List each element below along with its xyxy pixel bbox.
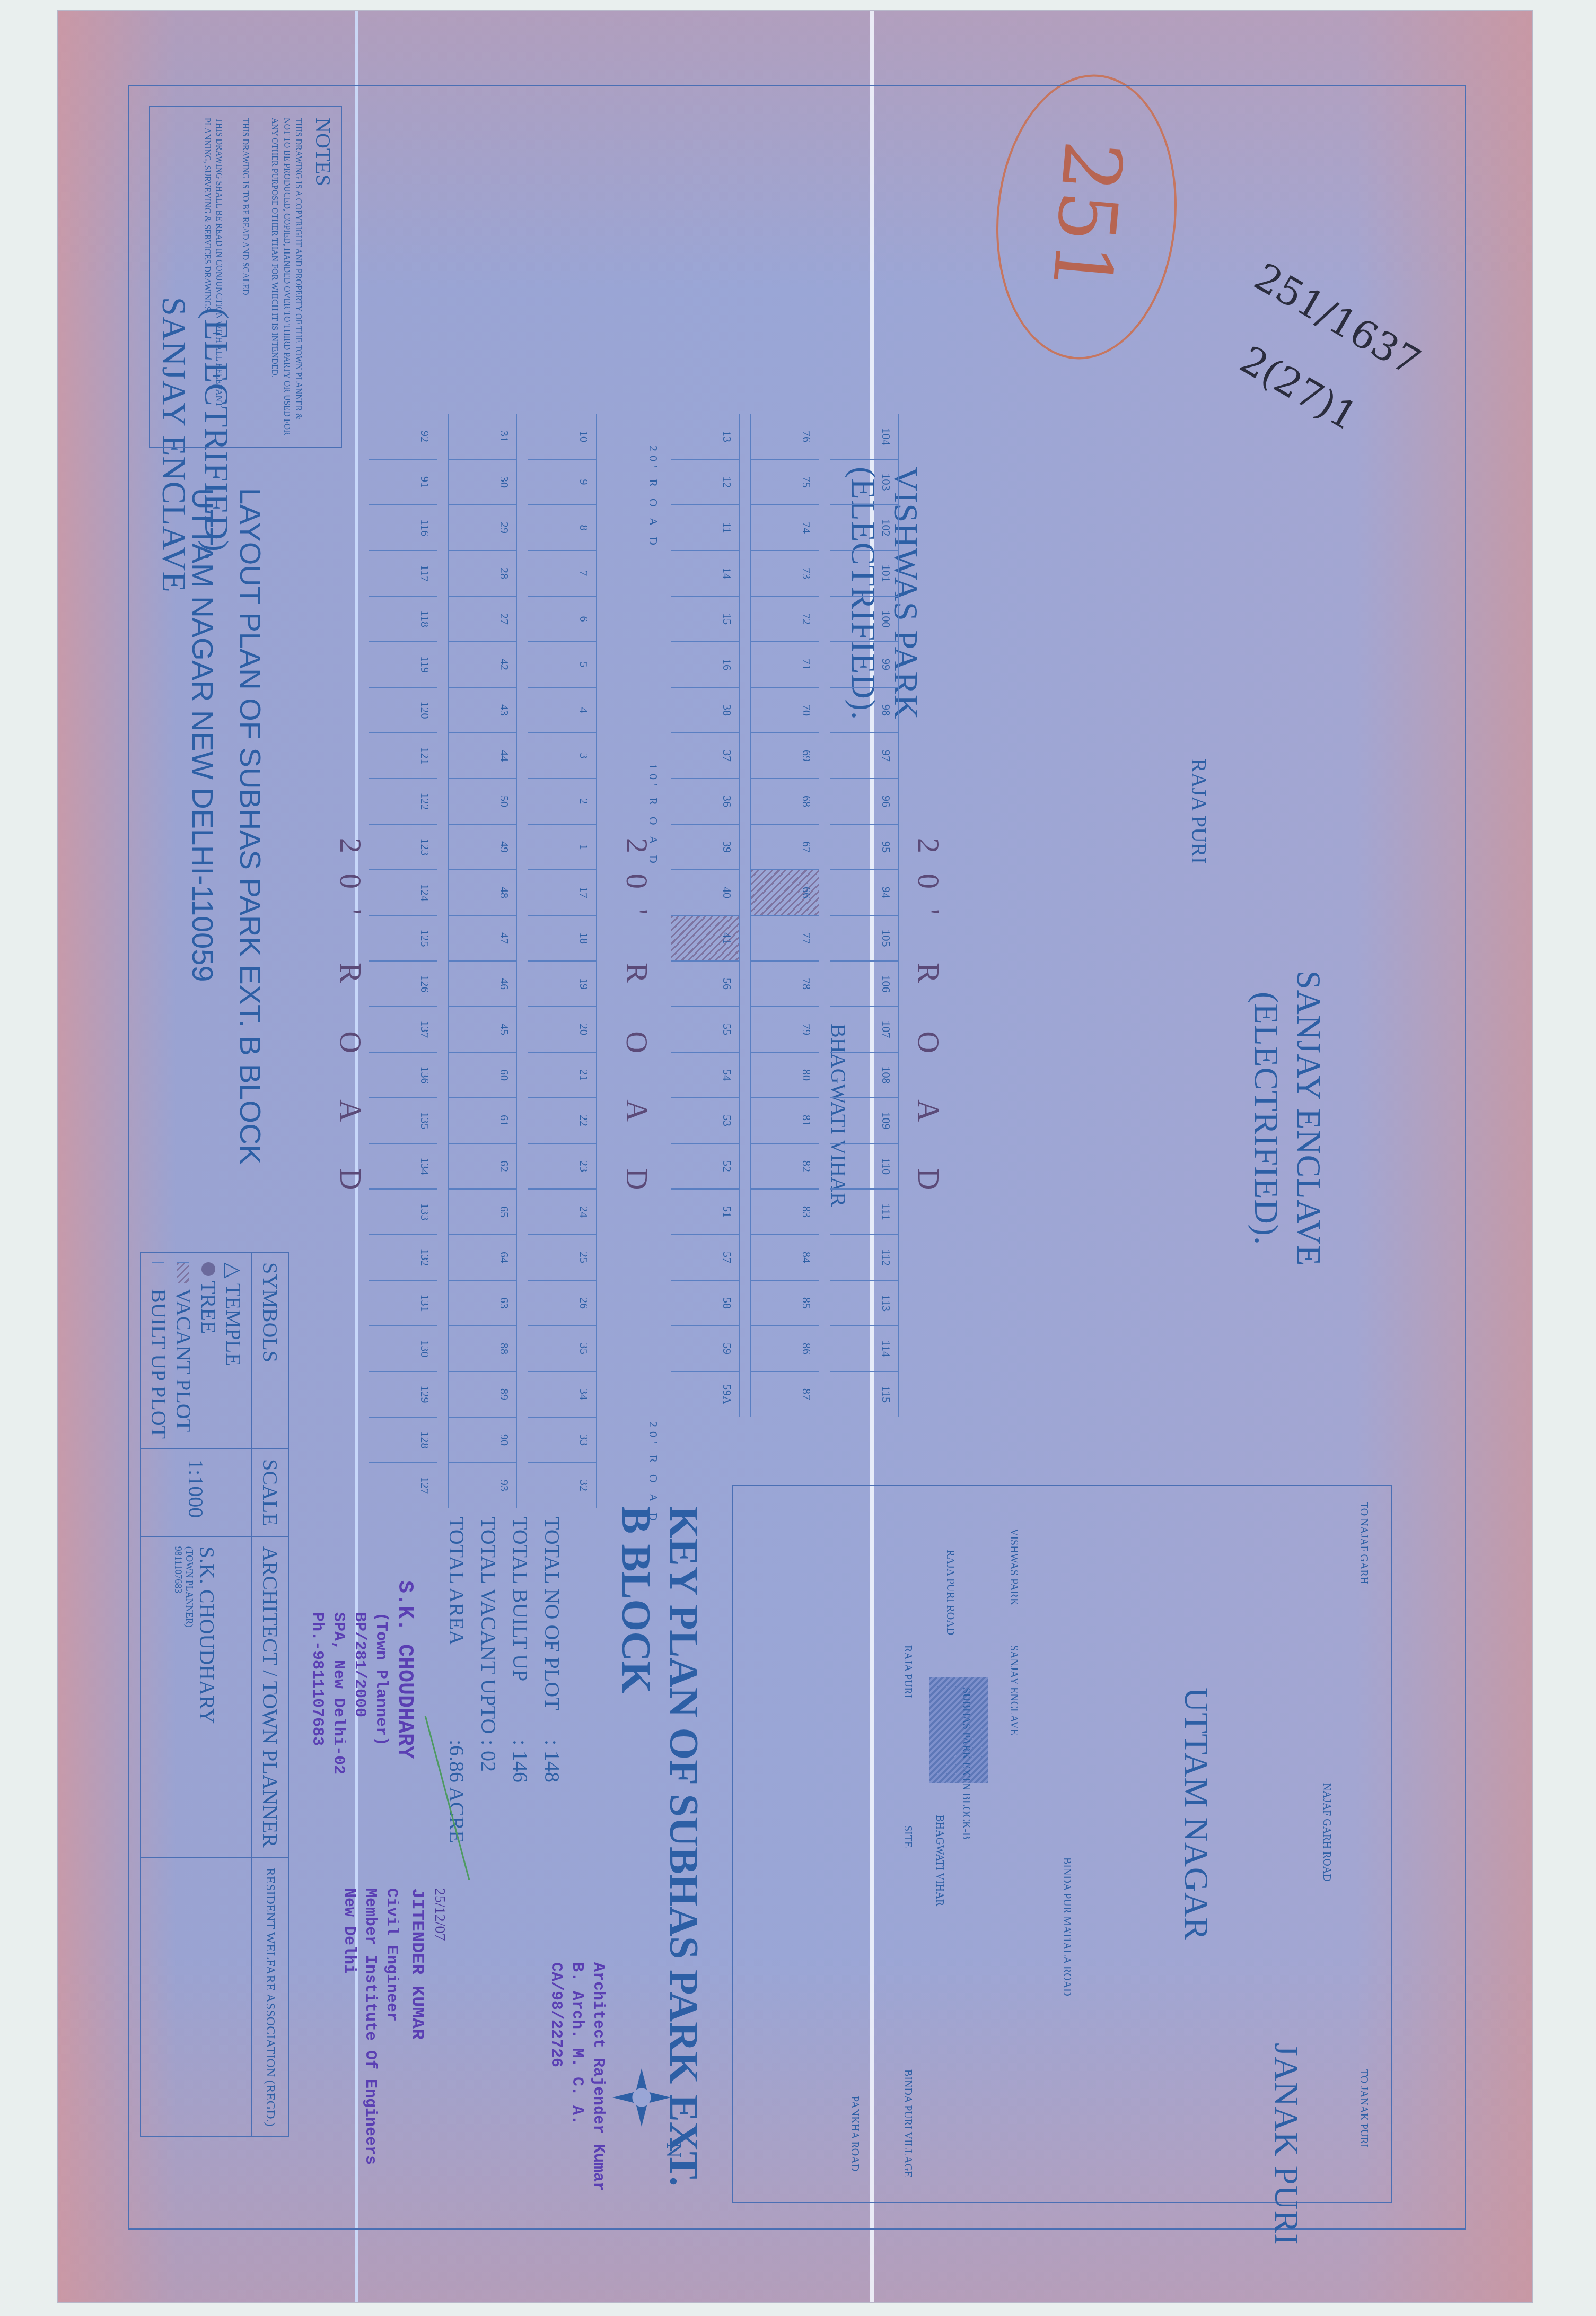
plot: 8: [528, 505, 597, 550]
plot: 93: [448, 1463, 517, 1508]
plot: 24: [528, 1189, 597, 1235]
plot: 85: [750, 1280, 819, 1326]
plot-row-bottom-1: 10 9 8 7 6 5 4 3 2 1 17 18 19 20 21 22 2…: [528, 414, 597, 1508]
plot: 5: [528, 642, 597, 687]
plot: 116: [369, 505, 437, 550]
main-road-label-3: 20' R O A D: [333, 838, 369, 1210]
plot: 106: [830, 961, 899, 1007]
summary-area-label: TOTAL AREA: [444, 1517, 469, 1645]
stamp-architect-degree: B. Arch. M. C. A.: [568, 1962, 586, 2125]
empty-box-icon: [152, 1262, 164, 1283]
vacant-plot: 66: [750, 870, 819, 915]
plot-row-top-2: 76 75 74 73 72 71 70 69 68 67 66 77 78 7…: [750, 414, 819, 1417]
legend-vacant: VACANT PLOT: [171, 1262, 196, 1439]
plot: 28: [448, 550, 517, 596]
key-label: BINDA PUR MATIALA ROAD: [1060, 1857, 1073, 1996]
plot: 60: [448, 1052, 517, 1098]
plot: 126: [369, 961, 437, 1007]
plot: 100: [830, 596, 899, 642]
plot: 7: [528, 550, 597, 596]
plot: 76: [750, 414, 819, 459]
plot: 117: [369, 550, 437, 596]
temple-icon: △: [222, 1262, 245, 1283]
plot: 112: [830, 1235, 899, 1280]
plot: 74: [750, 505, 819, 550]
key-plan-subtitle: B BLOCK: [612, 1506, 660, 1693]
plot: 55: [671, 1007, 740, 1052]
plot: 62: [448, 1143, 517, 1189]
main-road-label-1: 20' R O A D: [619, 838, 655, 1210]
plot: 39: [671, 824, 740, 870]
architect-heading: ARCHITECT / TOWN PLANNER: [252, 1536, 288, 1858]
plot: 19: [528, 961, 597, 1007]
summary-area: :6.86 ACRE: [444, 1740, 469, 1843]
plot: 38: [671, 687, 740, 733]
stamp-town-planner-spa: SPA, New Delhi-02: [329, 1612, 347, 1775]
plot: 77: [750, 915, 819, 961]
plot: 14: [671, 550, 740, 596]
road-label-10: 10' R O A D: [646, 764, 660, 868]
plot: 92: [369, 414, 437, 459]
plot: 119: [369, 642, 437, 687]
plot: 98: [830, 687, 899, 733]
plot: 135: [369, 1098, 437, 1143]
plot: 23: [528, 1143, 597, 1189]
plot: 65: [448, 1189, 517, 1235]
plot: 59: [671, 1326, 740, 1371]
legend-label: TEMPLE: [222, 1283, 245, 1366]
plot: 35: [528, 1326, 597, 1371]
label-north-sanjay-enclave: SANJAY ENCLAVE: [1289, 971, 1328, 1266]
plot: 51: [671, 1189, 740, 1235]
plot: 113: [830, 1280, 899, 1326]
legend-items: △ TEMPLE TREE VACANT PLOT BUILT UP PLOT: [141, 1252, 252, 1449]
plot: 30: [448, 459, 517, 505]
plot: 86: [750, 1326, 819, 1371]
key-label: NAJAF GARH ROAD: [1320, 1783, 1332, 1882]
plot: 48: [448, 870, 517, 915]
plot: 47: [448, 915, 517, 961]
plot: 91: [369, 459, 437, 505]
plot: 59A: [671, 1371, 740, 1417]
plot: 13: [671, 414, 740, 459]
summary-vacant: : 02: [476, 1740, 501, 1772]
plot: 54: [671, 1052, 740, 1098]
plot: 127: [369, 1463, 437, 1508]
summary-built-up-label: TOTAL BUILT UP: [508, 1517, 533, 1681]
plot: 115: [830, 1371, 899, 1417]
plot: 81: [750, 1098, 819, 1143]
plot: 108: [830, 1052, 899, 1098]
summary-built-up: : 146: [508, 1740, 533, 1782]
plot: 120: [369, 687, 437, 733]
plot-row-top-1: 13 12 11 14 15 16 38 37 36 39 40 41 56 5…: [671, 414, 740, 1417]
hatched-box-icon: [177, 1262, 189, 1283]
plot: 63: [448, 1280, 517, 1326]
label-north-electrified: (ELECTRIFIED).: [1247, 992, 1286, 1245]
plot: 124: [369, 870, 437, 915]
association-block: [141, 1858, 252, 2137]
architect-phone: 9811107683: [173, 1546, 184, 1848]
stamp-town-planner-reg: BP/281/2000: [350, 1612, 369, 1717]
plot: 83: [750, 1189, 819, 1235]
plot: 44: [448, 733, 517, 779]
plot: 95: [830, 824, 899, 870]
key-site-name: SUBHAS PARK EXTN BLOCK-B: [960, 1688, 972, 1840]
plot: 90: [448, 1417, 517, 1463]
plot: 84: [750, 1235, 819, 1280]
plot: 3: [528, 733, 597, 779]
key-label: RAJA PURI: [901, 1645, 914, 1698]
plot: 123: [369, 824, 437, 870]
key-label: BINDA PURI VILLAGE: [901, 2069, 914, 2178]
title-block-table: SYMBOLS SCALE ARCHITECT / TOWN PLANNER R…: [140, 1252, 289, 2137]
note-2: THIS DRAWING IS TO BE READ AND SCALED: [239, 118, 251, 436]
vacant-plot: 41: [671, 915, 740, 961]
plot: 94: [830, 870, 899, 915]
plot: 61: [448, 1098, 517, 1143]
plot: 25: [528, 1235, 597, 1280]
plot: 9: [528, 459, 597, 505]
plot: 130: [369, 1326, 437, 1371]
plot: 31: [448, 414, 517, 459]
plot: 103: [830, 459, 899, 505]
summary-vacant-label: TOTAL VACANT UPTO: [476, 1517, 501, 1734]
plot: 96: [830, 779, 899, 824]
plot: 11: [671, 505, 740, 550]
note-1: THIS DRAWING IS A COPYRIGHT AND PROPERTY…: [268, 118, 304, 436]
main-title: LAYOUT PLAN OF SUBHAS PARK EXT. B BLOCK: [233, 488, 268, 1165]
main-subtitle: UTTAM NAGAR NEW DELHI-110059: [186, 488, 220, 982]
plot: 102: [830, 505, 899, 550]
plot: 21: [528, 1052, 597, 1098]
plot: 89: [448, 1371, 517, 1417]
plot: 129: [369, 1371, 437, 1417]
plot-row-top-3: 104 103 102 101 100 99 98 97 96 95 94 10…: [830, 414, 899, 1417]
plot: 32: [528, 1463, 597, 1508]
plot: 29: [448, 505, 517, 550]
plot: 46: [448, 961, 517, 1007]
key-label: RAJA PURI ROAD: [944, 1550, 956, 1635]
plot: 45: [448, 1007, 517, 1052]
stamp-engineer-name: JITENDER KUMAR: [407, 1888, 427, 2040]
plot: 136: [369, 1052, 437, 1098]
key-label: PANKHA ROAD: [848, 2096, 861, 2171]
road-label-20: 20' R O A D: [646, 445, 660, 549]
plot: 78: [750, 961, 819, 1007]
plot: 2: [528, 779, 597, 824]
north-arrow-icon: [612, 2068, 671, 2127]
plot: 88: [448, 1326, 517, 1371]
stamp-engineer-member: Member Institute Of Engineers: [361, 1888, 379, 2165]
key-plan-box: TO NAJAF GARH NAJAF GARH ROAD TO JANAK P…: [732, 1485, 1392, 2203]
plot: 1: [528, 824, 597, 870]
plot: 82: [750, 1143, 819, 1189]
key-label: SANJAY ENCLAVE: [1007, 1645, 1020, 1735]
plot: 34: [528, 1371, 597, 1417]
plot: 131: [369, 1280, 437, 1326]
legend-built-up: BUILT UP PLOT: [146, 1262, 171, 1439]
plot: 33: [528, 1417, 597, 1463]
summary-total-plots-label: TOTAL NO OF PLOT: [540, 1517, 565, 1710]
plot: 15: [671, 596, 740, 642]
plot: 122: [369, 779, 437, 824]
plot: 64: [448, 1235, 517, 1280]
plot: 73: [750, 550, 819, 596]
key-label: BHAGWATI VIHAR: [933, 1815, 945, 1906]
notes-heading: NOTES: [311, 118, 336, 186]
legend-temple: △ TEMPLE: [221, 1262, 246, 1439]
key-label: TO NAJAF GARH: [1357, 1502, 1370, 1584]
plot: 49: [448, 824, 517, 870]
plot: 43: [448, 687, 517, 733]
engineer-signature-date: 25/12/07: [431, 1888, 448, 1941]
plot: 42: [448, 642, 517, 687]
summary-total-plots: : 148: [540, 1740, 565, 1782]
plot: 20: [528, 1007, 597, 1052]
drawing-canvas: SANJAY ENCLAVE (ELECTRIFIED). SANJAY ENC…: [87, 42, 1509, 2270]
plot: 80: [750, 1052, 819, 1098]
plot: 109: [830, 1098, 899, 1143]
key-janak-puri: JANAK PURI: [1267, 2043, 1306, 2245]
plot: 110: [830, 1143, 899, 1189]
plot: 27: [448, 596, 517, 642]
stamp-engineer-title: Civil Engineer: [382, 1888, 400, 2022]
legend-tree: TREE: [196, 1262, 221, 1439]
notes-frame: NOTES THIS DRAWING IS A COPYRIGHT AND PR…: [149, 106, 342, 448]
plot: 134: [369, 1143, 437, 1189]
plot: 99: [830, 642, 899, 687]
north-label: N: [662, 2143, 687, 2158]
plot: 75: [750, 459, 819, 505]
plot: 128: [369, 1417, 437, 1463]
plot: 50: [448, 779, 517, 824]
stamp-town-planner-phone: Ph.-9811107683: [308, 1612, 326, 1746]
plot-row-bottom-3: 92 91 116 117 118 119 120 121 122 123 12…: [369, 414, 437, 1508]
architect-name: S.K. CHOUDHARY: [195, 1546, 220, 1848]
site-highlight: [929, 1677, 988, 1783]
plot: 105: [830, 915, 899, 961]
legend-label: TREE: [197, 1281, 221, 1334]
tree-icon: [201, 1262, 215, 1276]
plot: 58: [671, 1280, 740, 1326]
plot: 68: [750, 779, 819, 824]
plot: 104: [830, 414, 899, 459]
plot: 6: [528, 596, 597, 642]
plot: 17: [528, 870, 597, 915]
plot: 107: [830, 1007, 899, 1052]
plot: 40: [671, 870, 740, 915]
plot: 114: [830, 1326, 899, 1371]
architect-block: S.K. CHOUDHARY (TOWN PLANNER) 9811107683: [141, 1536, 252, 1858]
label-raja-puri: RAJA PURI: [1187, 758, 1212, 864]
plot: 4: [528, 687, 597, 733]
stamp-town-planner-title: (Town Planner): [372, 1612, 390, 1746]
scale-heading: SCALE: [252, 1449, 288, 1536]
stamp-architect-reg: CA/98/22726: [547, 1962, 565, 2067]
note-3: THIS DRAWING SHALL BE READ IN CONJUNCTIO…: [200, 118, 224, 436]
stamp-architect-name: Architect Rajender Kumar: [589, 1962, 607, 2191]
plot: 22: [528, 1098, 597, 1143]
plot: 16: [671, 642, 740, 687]
plot: 87: [750, 1371, 819, 1417]
legend-label: VACANT PLOT: [172, 1288, 196, 1432]
plot: 97: [830, 733, 899, 779]
architect-title: (TOWN PLANNER): [184, 1546, 195, 1848]
plot: 36: [671, 779, 740, 824]
key-label: TO JANAK PURI: [1357, 2069, 1370, 2147]
legend-label: BUILT UP PLOT: [147, 1289, 171, 1439]
plot: 71: [750, 642, 819, 687]
plot: 52: [671, 1143, 740, 1189]
plot: 118: [369, 596, 437, 642]
plot: 67: [750, 824, 819, 870]
plot: 133: [369, 1189, 437, 1235]
plot-row-bottom-2: 31 30 29 28 27 42 43 44 50 49 48 47 46 4…: [448, 414, 517, 1508]
plot: 18: [528, 915, 597, 961]
association-heading: RESIDENT WELFARE ASSOCIATION (REGD.): [252, 1858, 288, 2137]
plot: 121: [369, 733, 437, 779]
plot: 101: [830, 550, 899, 596]
plot: 132: [369, 1235, 437, 1280]
plot: 56: [671, 961, 740, 1007]
stamp-engineer-city: New Delhi: [340, 1888, 358, 1974]
legend-heading: SYMBOLS: [252, 1252, 288, 1449]
main-road-label-2: 20' R O A D: [911, 838, 946, 1210]
key-uttam-nagar: UTTAM NAGAR: [1177, 1688, 1216, 1941]
scale-value: 1:1000: [141, 1449, 252, 1536]
key-label: VISHWAS PARK: [1007, 1528, 1020, 1605]
plot: 57: [671, 1235, 740, 1280]
plot: 12: [671, 459, 740, 505]
plot: 72: [750, 596, 819, 642]
plot: 10: [528, 414, 597, 459]
plot: 111: [830, 1189, 899, 1235]
key-label: SITE: [901, 1825, 914, 1848]
stamp-town-planner-name: S.K. CHOUDHARY: [392, 1580, 416, 1759]
plot: 53: [671, 1098, 740, 1143]
plot: 137: [369, 1007, 437, 1052]
plot: 79: [750, 1007, 819, 1052]
plot: 69: [750, 733, 819, 779]
plot: 125: [369, 915, 437, 961]
plot: 37: [671, 733, 740, 779]
plot: 70: [750, 687, 819, 733]
plot: 26: [528, 1280, 597, 1326]
